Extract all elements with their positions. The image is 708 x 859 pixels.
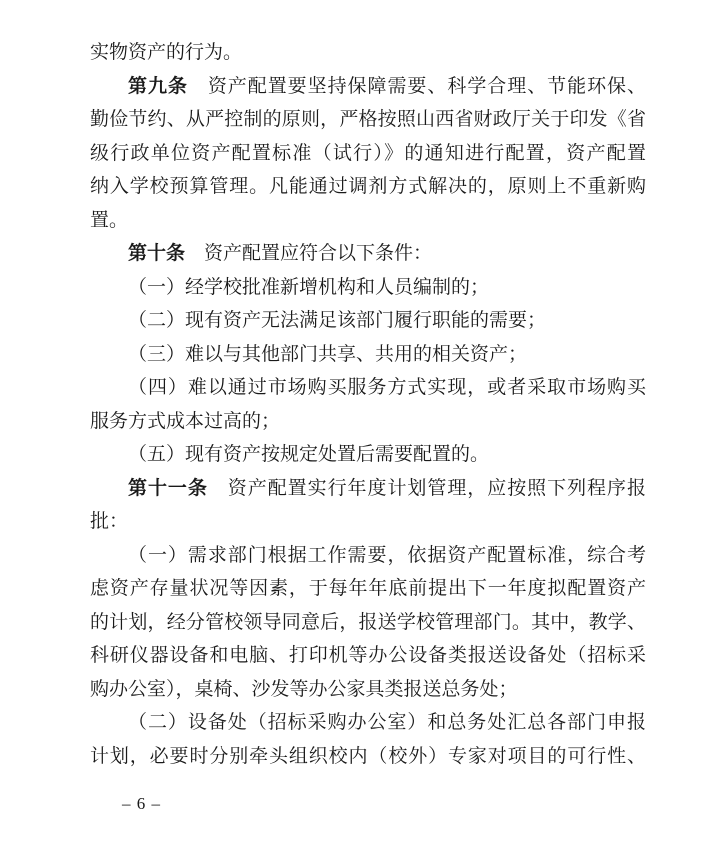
text-line: 批： [90, 505, 646, 539]
article-number: 第九条 [128, 76, 188, 97]
text-line: 置。 [90, 204, 646, 238]
text-line: （三）难以与其他部门共享、共用的相关资产； [90, 338, 646, 372]
text-line: 的计划，经分管校领导同意后，报送学校管理部门。其中，教学、 [90, 606, 646, 640]
text-line: 购办公室），桌椅、沙发等办公家具类报送总务处； [90, 673, 646, 707]
text-segment: （二）设备处（招标采购办公室）和总务处汇总各部门申报 [128, 712, 646, 733]
text-segment: 服务方式成本过高的； [90, 411, 280, 432]
text-line: 第十一条 资产配置实行年度计划管理，应按照下列程序报 [90, 472, 646, 506]
text-segment: （三）难以与其他部门共享、共用的相关资产； [128, 344, 527, 365]
text-line: 科研仪器设备和电脑、打印机等办公设备类报送设备处（招标采 [90, 639, 646, 673]
article-number: 第十一条 [128, 478, 208, 499]
text-segment: 批： [90, 511, 128, 532]
text-line: 勤俭节约、从严控制的原则，严格按照山西省财政厅关于印发《省 [90, 103, 646, 137]
text-line: 服务方式成本过高的； [90, 405, 646, 439]
article-number: 第十条 [128, 243, 185, 264]
text-line: （一）需求部门根据工作需要，依据资产配置标准，综合考 [90, 539, 646, 573]
text-segment: 资产配置应符合以下条件： [185, 243, 432, 264]
text-segment: （一）经学校批准新增机构和人员编制的； [128, 277, 489, 298]
text-segment: （四）难以通过市场购买服务方式实现，或者采取市场购买 [128, 377, 646, 398]
text-line: （五）现有资产按规定处置后需要配置的。 [90, 438, 646, 472]
text-line: 级行政单位资产配置标准（试行）》的通知进行配置，资产配置 [90, 137, 646, 171]
text-segment: 的计划，经分管校领导同意后，报送学校管理部门。其中，教学、 [90, 612, 646, 633]
text-segment: 勤俭节约、从严控制的原则，严格按照山西省财政厅关于印发《省 [90, 109, 646, 130]
text-segment: 虑资产存量状况等因素，于每年年底前提出下一年度拟配置资产 [90, 578, 646, 599]
text-segment: （一）需求部门根据工作需要，依据资产配置标准，综合考 [128, 545, 646, 566]
text-line: （一）经学校批准新增机构和人员编制的； [90, 271, 646, 305]
text-segment: 科研仪器设备和电脑、打印机等办公设备类报送设备处（招标采 [90, 645, 646, 666]
page-number-label: – 6 – [122, 792, 161, 816]
text-line: 实物资产的行为。 [90, 36, 646, 70]
text-line: 纳入学校预算管理。凡能通过调剂方式解决的，原则上不重新购 [90, 170, 646, 204]
text-line: 第十条 资产配置应符合以下条件： [90, 237, 646, 271]
text-segment: （二）现有资产无法满足该部门履行职能的需要； [128, 310, 546, 331]
text-line: 计划，必要时分别牵头组织校内（校外）专家对项目的可行性、 [90, 740, 646, 774]
text-line: （二）设备处（招标采购办公室）和总务处汇总各部门申报 [90, 706, 646, 740]
text-segment: 购办公室），桌椅、沙发等办公家具类报送总务处； [90, 679, 518, 700]
text-segment: 实物资产的行为。 [90, 42, 242, 63]
text-segment: 资产配置实行年度计划管理，应按照下列程序报 [208, 478, 646, 499]
text-segment: （五）现有资产按规定处置后需要配置的。 [128, 444, 489, 465]
text-line: 虑资产存量状况等因素，于每年年底前提出下一年度拟配置资产 [90, 572, 646, 606]
text-line: 第九条 资产配置要坚持保障需要、科学合理、节能环保、 [90, 70, 646, 104]
text-segment: 置。 [90, 210, 128, 231]
text-line: （二）现有资产无法满足该部门履行职能的需要； [90, 304, 646, 338]
text-segment: 计划，必要时分别牵头组织校内（校外）专家对项目的可行性、 [90, 746, 646, 767]
document-page: 实物资产的行为。第九条 资产配置要坚持保障需要、科学合理、节能环保、勤俭节约、从… [0, 0, 708, 859]
text-segment: 纳入学校预算管理。凡能通过调剂方式解决的，原则上不重新购 [90, 176, 646, 197]
text-segment: 资产配置要坚持保障需要、科学合理、节能环保、 [188, 76, 646, 97]
text-segment: 级行政单位资产配置标准（试行）》的通知进行配置，资产配置 [90, 143, 646, 164]
text-line: （四）难以通过市场购买服务方式实现，或者采取市场购买 [90, 371, 646, 405]
document-body: 实物资产的行为。第九条 资产配置要坚持保障需要、科学合理、节能环保、勤俭节约、从… [90, 36, 646, 773]
